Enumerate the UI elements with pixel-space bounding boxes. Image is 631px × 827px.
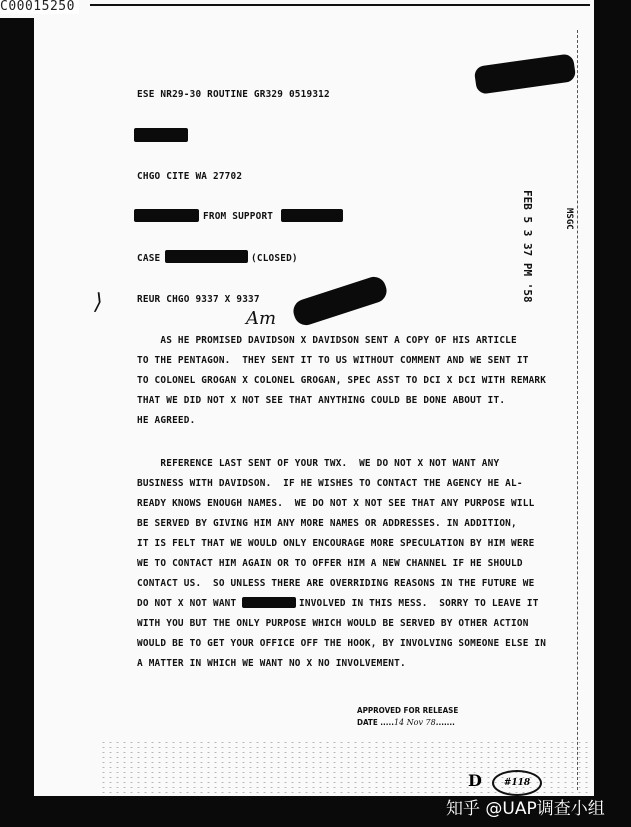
case-status: (CLOSED) — [251, 253, 298, 264]
scan-left-border — [0, 18, 34, 813]
location-line: CHGO CITE WA 27702 — [137, 171, 242, 182]
redaction-diagonal — [290, 274, 389, 328]
scan-right-border — [594, 0, 631, 827]
redaction-case-number — [165, 250, 248, 263]
cable-header-line: ESE NR29-30 ROUTINE GR329 0519312 — [137, 89, 330, 100]
source-watermark: 知乎 @UAP调查小组 — [446, 794, 605, 819]
document-id: C00015250 — [0, 0, 79, 14]
top-border-line — [90, 4, 590, 6]
case-label: CASE — [137, 253, 160, 264]
release-date: 14 Nov 78 — [394, 718, 436, 727]
redaction-from-right — [281, 209, 343, 222]
redaction-from-left — [134, 209, 199, 222]
redaction-addressee — [134, 128, 188, 142]
scanned-document-page: ESE NR29-30 ROUTINE GR329 0519312 CHGO C… — [0, 0, 631, 827]
margin-bracket-mark: ⟩ — [94, 290, 103, 315]
circled-number-mark: #118 — [492, 770, 542, 796]
from-line: FROM SUPPORT — [203, 211, 273, 222]
right-margin-line — [577, 30, 579, 790]
message-center-stamp: MSGC — [564, 208, 574, 230]
handwritten-d-mark: D — [468, 771, 482, 790]
received-date-stamp: FEB 5 3 37 PM '58 — [521, 190, 534, 303]
approved-for-release-stamp: APPROVED FOR RELEASE DATE .....14 Nov 78… — [357, 705, 458, 729]
handwritten-initials: Am — [246, 308, 276, 329]
redaction-top-right — [474, 53, 577, 95]
redaction-inline — [242, 597, 296, 608]
reference-line: REUR CHGO 9337 X 9337 — [137, 294, 260, 305]
